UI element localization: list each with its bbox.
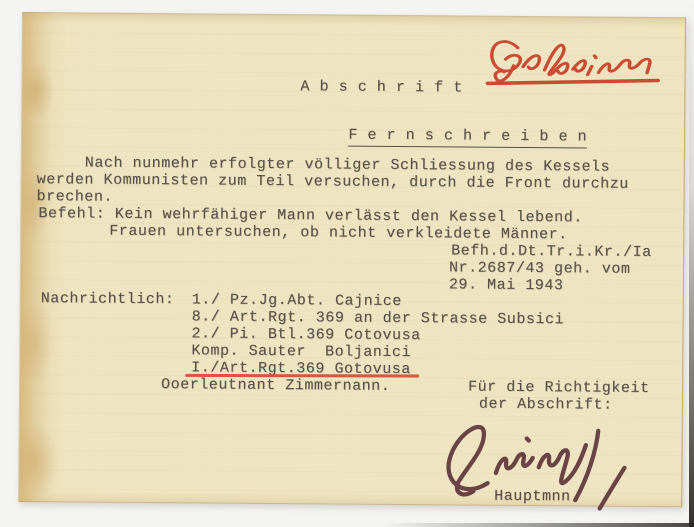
distribution-signatory: Ooerleutnant Zimmernann. xyxy=(161,376,390,395)
certification-line: Für die Richtigkeit xyxy=(468,379,650,397)
reference-date: 29. Mai 1943 xyxy=(449,276,564,294)
reference-line: Nr.2687/43 geh. vom xyxy=(449,259,631,277)
document-paper: Geheim A b s c h r i f t F e r n s c h r… xyxy=(18,12,686,507)
scan-shadow-right xyxy=(689,0,694,527)
document-title: A b s c h r i f t xyxy=(300,78,463,96)
geheim-script-icon xyxy=(482,31,664,90)
scan-shadow-bottom xyxy=(382,523,694,527)
distribution-item: 2./ Pi. Btl.369 Cotovusa xyxy=(191,325,420,344)
scanned-document-page: Geheim A b s c h r i f t F e r n s c h r… xyxy=(0,0,694,527)
distribution-item: 1./ Pz.Jg.Abt. Cajnice xyxy=(192,291,402,310)
document-subtitle: F e r n s c h r e i b e n xyxy=(291,109,588,162)
order-line: Frauen untersuchen, ob nicht verkleidete… xyxy=(109,223,568,244)
body-line: brechen. xyxy=(36,188,113,206)
geheim-handwriting: Geheim xyxy=(482,31,664,90)
reference-line: Befh.d.Dt.Tr.i.Kr./Ia xyxy=(451,242,652,261)
subtitle-text: F e r n s c h r e i b e n xyxy=(348,127,587,149)
body-line: werden Kommunisten zum Teil versuchen, d… xyxy=(37,171,629,193)
signature-rank: Hauptmnn. xyxy=(494,488,580,506)
distribution-item: Komp. Sauter Boljanici xyxy=(191,342,411,361)
distribution-label: Nachrichtlich: xyxy=(41,290,175,308)
